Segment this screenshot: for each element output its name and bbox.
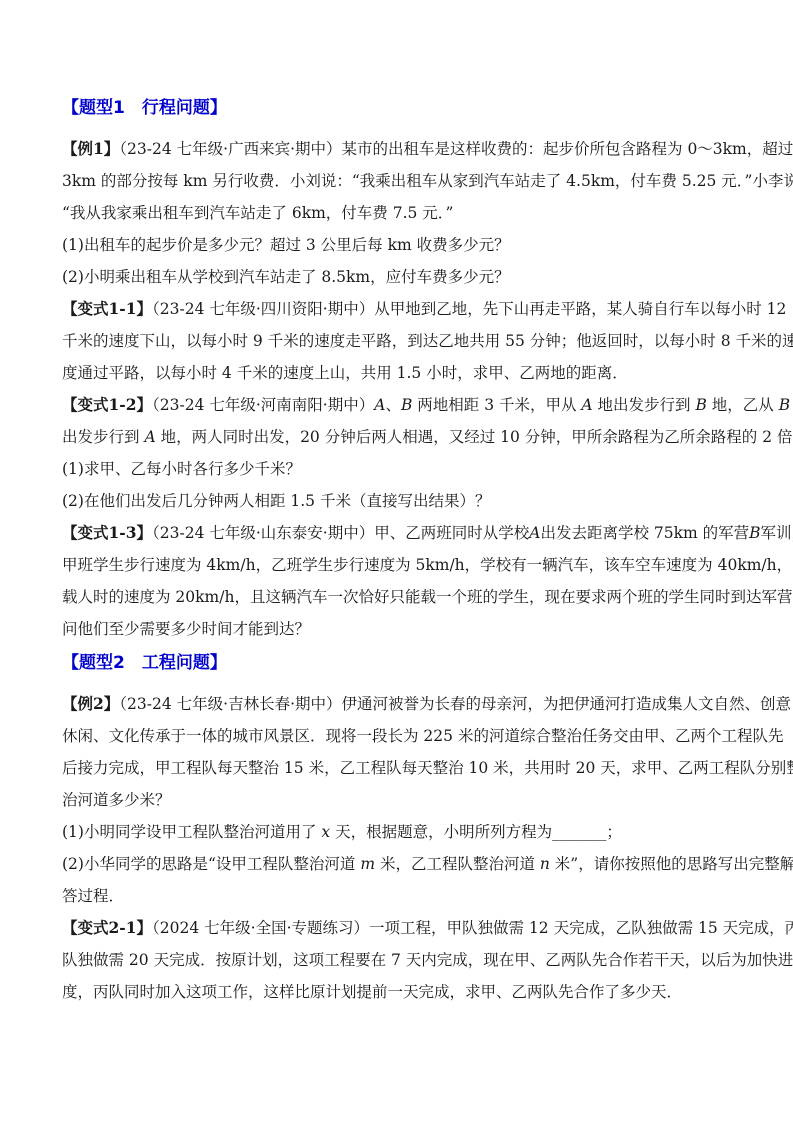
text-line: 答过程． — [62, 880, 734, 912]
text-run: 天，根据题意，小明所列方程为 — [330, 823, 552, 841]
text-run: 甲班学生步行速度为 4km/h，乙班学生步行速度为 5km/h，学校有一辆汽车，… — [62, 556, 792, 574]
math-variable: A — [581, 396, 592, 414]
problem-label-variant-2-1: 【变式2-1】 — [62, 918, 152, 937]
text-line: 载人时的速度为 20km/h，且这辆汽车一次恰好只能载一个班的学生，现在要求两个… — [62, 581, 734, 613]
text-line: 治河道多少米？ — [62, 784, 734, 816]
math-variable: B — [695, 396, 706, 414]
document-page: 【题型1 行程问题】【例1】（23-24 七年级·广西来宾·期中）某市的出租车是… — [0, 0, 793, 1122]
text-run: (1)小明同学设甲工程队整治河道用了 — [62, 823, 321, 841]
answer-blank: _______ — [552, 823, 606, 841]
text-line: (2)小明乘出租车从学校到汽车站走了 8.5km，应付车费多少元？ — [62, 261, 734, 293]
heading-problem-type-1: 【题型1 行程问题】 — [62, 92, 734, 124]
text-run: （23-24 七年级·山东泰安·期中）甲、乙两班同时从学校 — [152, 524, 529, 542]
text-run: （2024 七年级·全国·专题练习）一项工程，甲队独做需 12 天完成，乙队独做… — [152, 919, 793, 937]
text-run: ； — [606, 823, 622, 841]
text-run: (1)求甲、乙每小时各行多少千米？ — [62, 460, 301, 478]
text-line: (1)出租车的起步价是多少元？超过 3 公里后每 km 收费多少元？ — [62, 229, 734, 261]
text-line: 度，丙队同时加入这项工作，这样比原计划提前一天完成，求甲、乙两队先合作了多少天． — [62, 976, 734, 1008]
text-run: 后接力完成，甲工程队每天整治 15 米，乙工程队每天整治 10 米，共用时 20… — [62, 759, 793, 777]
text-run: 、 — [385, 396, 401, 414]
text-run: 两地相距 3 千米，甲从 — [412, 396, 581, 414]
text-line: (1)求甲、乙每小时各行多少千米？ — [62, 453, 734, 485]
text-line: 休闲、文化传承于一体的城市风景区．现将一段长为 225 米的河道综合整治任务交由… — [62, 720, 734, 752]
text-run: (2)在他们出发后几分钟两人相距 1.5 千米（直接写出结果）？ — [62, 492, 490, 510]
document-content: 【题型1 行程问题】【例1】（23-24 七年级·广西来宾·期中）某市的出租车是… — [62, 92, 734, 1008]
text-run: (2)小华同学的思路是“设甲工程队整治河道 — [62, 855, 360, 873]
text-run: (1)出租车的起步价是多少元？超过 3 公里后每 km 收费多少元？ — [62, 236, 510, 254]
text-line: 【变式1-1】（23-24 七年级·四川资阳·期中）从甲地到乙地，先下山再走平路… — [62, 293, 734, 325]
text-line: “我从我家乘出租车到汽车站走了 6km，付车费 7.5 元．” — [62, 197, 734, 229]
text-run: 军训， — [761, 524, 793, 542]
text-run: 休闲、文化传承于一体的城市风景区．现将一段长为 225 米的河道综合整治任务交由… — [62, 727, 783, 745]
math-variable: m — [360, 855, 375, 873]
text-line: 出发步行到 A 地，两人同时出发，20 分钟后两人相遇，又经过 10 分钟，甲所… — [62, 421, 734, 453]
text-line: 【变式1-3】（23-24 七年级·山东泰安·期中）甲、乙两班同时从学校A出发去… — [62, 517, 734, 549]
text-run: 千米的速度下山，以每小时 9 千米的速度走平路，到达乙地共用 55 分钟；他返回… — [62, 332, 793, 350]
math-variable: x — [321, 823, 330, 841]
text-line: (2)在他们出发后几分钟两人相距 1.5 千米（直接写出结果）？ — [62, 485, 734, 517]
text-line: 千米的速度下山，以每小时 9 千米的速度走平路，到达乙地共用 55 分钟；他返回… — [62, 325, 734, 357]
text-line: 队独做需 20 天完成．按原计划，这项工程要在 7 天内完成，现在甲、乙两队先合… — [62, 944, 734, 976]
text-run: 度通过平路，以每小时 4 千米的速度上山，共用 1.5 小时，求甲、乙两地的距离… — [62, 364, 628, 382]
text-run: （23-24 七年级·吉林长春·期中）伊通河被誉为长春的母亲河，为把伊通河打造成… — [119, 695, 791, 713]
text-line: 【变式2-1】（2024 七年级·全国·专题练习）一项工程，甲队独做需 12 天… — [62, 912, 734, 944]
text-run: 米”，请你按照他的思路写出完整解 — [550, 855, 793, 873]
text-run: 米，乙工程队整治河道 — [375, 855, 540, 873]
math-variable: A — [144, 428, 155, 446]
text-line: 【变式1-2】（23-24 七年级·河南南阳·期中）A、B 两地相距 3 千米，… — [62, 389, 734, 421]
problem-label-example-1: 【例1】 — [62, 139, 119, 158]
math-variable: B — [401, 396, 412, 414]
text-line: 【例1】（23-24 七年级·广西来宾·期中）某市的出租车是这样收费的：起步价所… — [62, 133, 734, 165]
text-run: 载人时的速度为 20km/h，且这辆汽车一次恰好只能载一个班的学生，现在要求两个… — [62, 588, 793, 606]
text-line: 3km 的部分按每 km 另行收费．小刘说：“我乘出租车从家到汽车站走了 4.5… — [62, 165, 734, 197]
text-run: 答过程． — [62, 887, 124, 905]
text-run: “我从我家乘出租车到汽车站走了 6km，付车费 7.5 元．” — [62, 204, 453, 222]
text-run: 出发去距离学校 75km 的军营 — [540, 524, 749, 542]
text-run: 【题型1 行程问题】 — [62, 98, 227, 118]
text-line: 甲班学生步行速度为 4km/h，乙班学生步行速度为 5km/h，学校有一辆汽车，… — [62, 549, 734, 581]
problem-label-example-2: 【例2】 — [62, 694, 119, 713]
text-run: 出发步行到 — [62, 428, 144, 446]
problem-label-variant-1-3: 【变式1-3】 — [62, 523, 152, 542]
text-run: (2)小明乘出租车从学校到汽车站走了 8.5km，应付车费多少元？ — [62, 268, 510, 286]
math-variable: A — [529, 524, 540, 542]
text-line: 后接力完成，甲工程队每天整治 15 米，乙工程队每天整治 10 米，共用时 20… — [62, 752, 734, 784]
text-run: 地出发步行到 — [593, 396, 696, 414]
math-variable: A — [374, 396, 385, 414]
text-run: 问他们至少需要多少时间才能到达？ — [62, 620, 310, 638]
math-variable: B — [749, 524, 760, 542]
text-run: 地，乙从 — [707, 396, 779, 414]
problem-label-variant-1-2: 【变式1-2】 — [62, 395, 152, 414]
text-run: 队独做需 20 天完成．按原计划，这项工程要在 7 天内完成，现在甲、乙两队先合… — [62, 951, 793, 969]
text-line: 问他们至少需要多少时间才能到达？ — [62, 613, 734, 645]
text-run: 3km 的部分按每 km 另行收费．小刘说：“我乘出租车从家到汽车站走了 4.5… — [62, 172, 793, 190]
text-line: 【例2】（23-24 七年级·吉林长春·期中）伊通河被誉为长春的母亲河，为把伊通… — [62, 688, 734, 720]
heading-problem-type-2: 【题型2 工程问题】 — [62, 647, 734, 679]
text-line: (2)小华同学的思路是“设甲工程队整治河道 m 米，乙工程队整治河道 n 米”，… — [62, 848, 734, 880]
text-run: （23-24 七年级·四川资阳·期中）从甲地到乙地，先下山再走平路，某人骑自行车… — [152, 300, 786, 318]
math-variable: B — [779, 396, 790, 414]
text-run: 地，两人同时出发，20 分钟后两人相遇，又经过 10 分钟，甲所余路程为乙所余路… — [156, 428, 793, 446]
math-variable: n — [540, 855, 550, 873]
text-line: 度通过平路，以每小时 4 千米的速度上山，共用 1.5 小时，求甲、乙两地的距离… — [62, 357, 734, 389]
text-run: 治河道多少米？ — [62, 791, 171, 809]
text-run: （23-24 七年级·广西来宾·期中）某市的出租车是这样收费的：起步价所包含路程… — [119, 140, 793, 158]
problem-label-variant-1-1: 【变式1-1】 — [62, 299, 152, 318]
text-line: (1)小明同学设甲工程队整治河道用了 x 天，根据题意，小明所列方程为_____… — [62, 816, 734, 848]
text-run: 【题型2 工程问题】 — [62, 653, 227, 673]
text-run: （23-24 七年级·河南南阳·期中） — [152, 396, 374, 414]
text-run: 度，丙队同时加入这项工作，这样比原计划提前一天完成，求甲、乙两队先合作了多少天． — [62, 983, 682, 1001]
